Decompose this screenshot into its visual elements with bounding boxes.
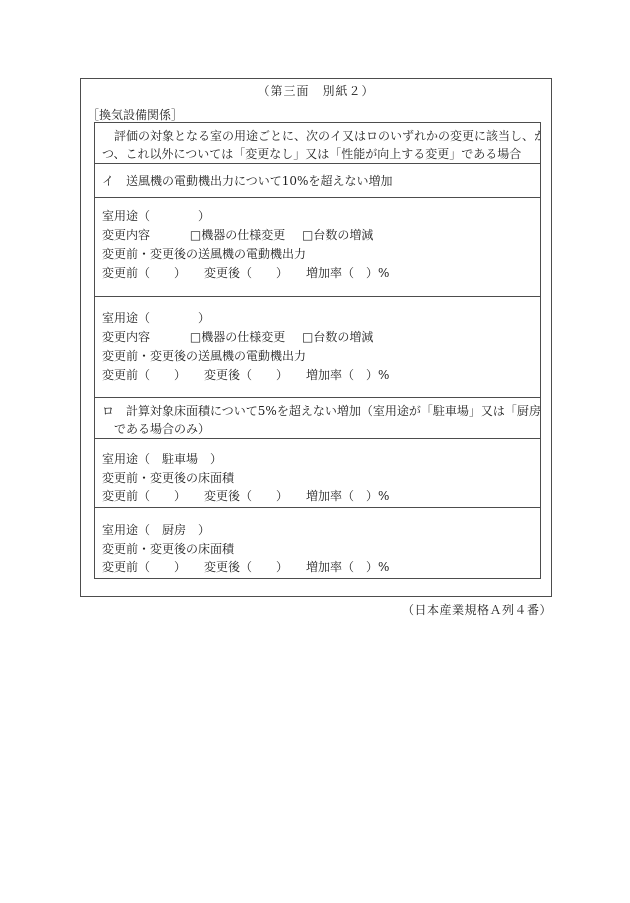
floor-area-label: 変更前・変更後の床面積 — [102, 540, 535, 559]
checkbox-icon: □ — [190, 228, 201, 242]
form-table: 評価の対象となる室の用途ごとに、次のイ又はロのいずれかの変更に該当し、か つ、こ… — [94, 122, 541, 579]
item-ro-marker: ロ — [102, 404, 114, 418]
change-content-line: 変更内容 □機器の仕様変更 □台数の増減 — [102, 226, 535, 245]
category-label: ［換気設備関係］ — [87, 106, 551, 123]
page-title: （第三面 別紙２） — [81, 82, 551, 99]
checkbox-label: 機器の仕様変更 — [201, 330, 285, 344]
checkbox-unit-count[interactable]: □台数の増減 — [302, 330, 373, 344]
checkbox-icon: □ — [302, 228, 313, 242]
checkbox-icon: □ — [302, 330, 313, 344]
change-content-line: 変更内容 □機器の仕様変更 □台数の増減 — [102, 328, 535, 347]
motor-output-label: 変更前・変更後の送風機の電動機出力 — [102, 347, 535, 366]
item-ro-line1: ロ計算対象床面積について5%を超えない増加（室用途が「駐車場」又は「厨房」 — [102, 402, 535, 420]
change-content-label: 変更内容 — [102, 228, 150, 242]
condition-intro-section: 評価の対象となる室の用途ごとに、次のイ又はロのいずれかの変更に該当し、か つ、こ… — [95, 123, 540, 164]
checkbox-label: 機器の仕様変更 — [201, 228, 285, 242]
room-use-line: 室用途（ 厨房 ） — [102, 521, 535, 540]
fan-block-1: 室用途（ ） 変更内容 □機器の仕様変更 □台数の増減 変更前・変更後の送風機の… — [95, 198, 540, 297]
floor-area-label: 変更前・変更後の床面積 — [102, 469, 535, 488]
motor-output-label: 変更前・変更後の送風機の電動機出力 — [102, 245, 535, 264]
checkbox-unit-count[interactable]: □台数の増減 — [302, 228, 373, 242]
fan-block-2: 室用途（ ） 変更内容 □機器の仕様変更 □台数の増減 変更前・変更後の送風機の… — [95, 297, 540, 398]
item-i-marker: イ — [102, 172, 114, 189]
condition-intro-line1: 評価の対象となる室の用途ごとに、次のイ又はロのいずれかの変更に該当し、か — [102, 127, 535, 145]
before-after-values-line: 変更前（ ） 変更後（ ） 増加率（ ）% — [102, 366, 535, 385]
item-ro-header: ロ計算対象床面積について5%を超えない増加（室用途が「駐車場」又は「厨房」 であ… — [95, 398, 540, 439]
item-i-text: 送風機の電動機出力について10%を超えない増加 — [126, 172, 392, 189]
area-block-kitchen: 室用途（ 厨房 ） 変更前・変更後の床面積 変更前（ ） 変更後（ ） 増加率（… — [95, 508, 540, 578]
checkbox-label: 台数の増減 — [313, 330, 373, 344]
area-block-parking: 室用途（ 駐車場 ） 変更前・変更後の床面積 変更前（ ） 変更後（ ） 増加率… — [95, 439, 540, 508]
condition-intro-line2: つ、これ以外については「変更なし」又は「性能が向上する変更」である場合 — [102, 145, 535, 163]
before-after-values-line: 変更前（ ） 変更後（ ） 増加率（ ）% — [102, 264, 535, 283]
before-after-values-line: 変更前（ ） 変更後（ ） 増加率（ ）% — [102, 487, 535, 506]
room-use-line: 室用途（ 駐車場 ） — [102, 450, 535, 469]
paper-size-note: （日本産業規格Ａ列４番） — [80, 601, 552, 618]
checkbox-spec-change[interactable]: □機器の仕様変更 — [190, 228, 285, 242]
checkbox-spec-change[interactable]: □機器の仕様変更 — [190, 330, 285, 344]
checkbox-label: 台数の増減 — [313, 228, 373, 242]
item-i-header: イ 送風機の電動機出力について10%を超えない増加 — [95, 164, 540, 198]
room-use-line: 室用途（ ） — [102, 207, 535, 226]
change-content-label: 変更内容 — [102, 330, 150, 344]
item-ro-text: 計算対象床面積について5%を超えない増加（室用途が「駐車場」又は「厨房」 — [126, 404, 540, 418]
before-after-values-line: 変更前（ ） 変更後（ ） 増加率（ ）% — [102, 558, 535, 577]
room-use-line: 室用途（ ） — [102, 309, 535, 328]
checkbox-icon: □ — [190, 330, 201, 344]
item-ro-line2: である場合のみ） — [102, 420, 535, 438]
form-outer-border: （第三面 別紙２） ［換気設備関係］ 評価の対象となる室の用途ごとに、次のイ又は… — [80, 78, 552, 597]
